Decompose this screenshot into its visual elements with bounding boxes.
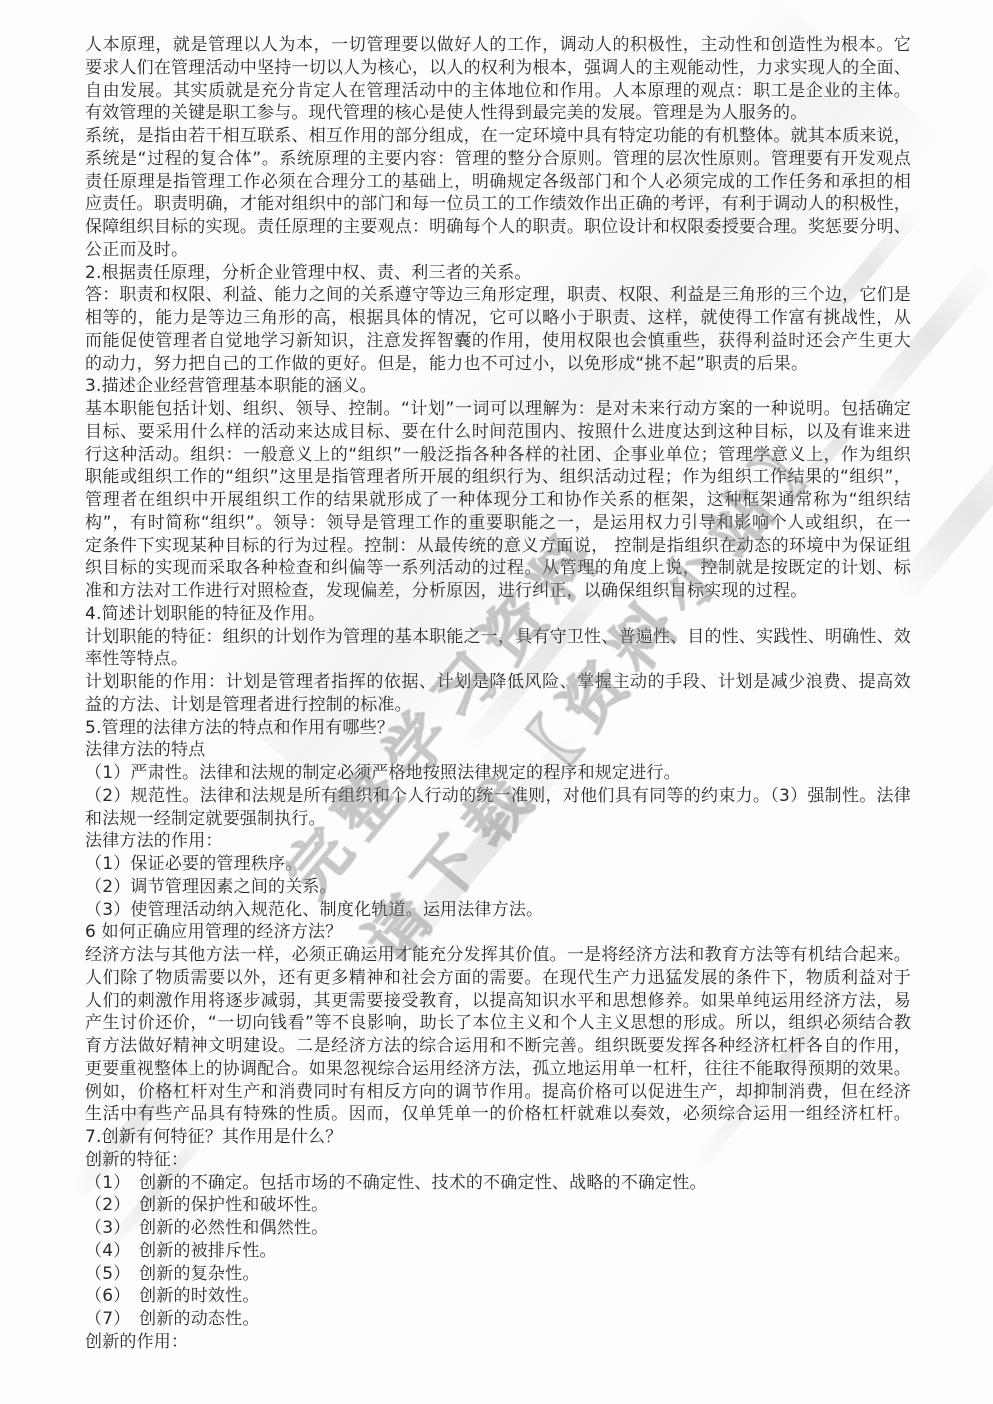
page: 完整学习资料 请下载【资料小站】 人本原理，就是管理以人为本，一切管理要以做好人…: [0, 0, 993, 1404]
text-line: 产生讨价还价，“一切向钱看”等不良影响，助长了本位主义和个人主义思想的形成。所以…: [85, 1012, 911, 1035]
text-line: 管理者在组织中开展组织工作的结果就形成了一种体现分工和协作关系的框架，这种框架通…: [85, 489, 911, 512]
text-line: 而能促使管理者自觉地学习新知识，注意发挥智囊的作用，使用权限也会慎重些，获得利益…: [85, 330, 911, 353]
text-line: （1） 创新的不确定。包括市场的不确定性、技术的不确定性、战略的不确定性。: [85, 1172, 911, 1195]
text-line: 目标、要采用什么样的活动来达成目标、要在什么时间范围内、按照什么进度达到这种目标…: [85, 421, 911, 444]
text-line: （7） 创新的动态性。: [85, 1308, 911, 1331]
document-content: 人本原理，就是管理以人为本，一切管理要以做好人的工作，调动人的积极性，主动性和创…: [85, 34, 911, 1354]
text-line: 人们除了物质需要以外，还有更多精神和社会方面的需要。在现代生产力迅猛发展的条件下…: [85, 967, 911, 990]
text-line: 经济方法与其他方法一样，必须正确运用才能充分发挥其价值。一是将经济方法和教育方法…: [85, 944, 911, 967]
text-line: 2.根据责任原理，分析企业管理中权、责、利三者的关系。: [85, 262, 911, 285]
text-line: 育方法做好精神文明建设。二是经济方法的综合运用和不断完善。组织既要发挥各种经济杠…: [85, 1035, 911, 1058]
text-line: （3） 创新的必然性和偶然性。: [85, 1217, 911, 1240]
text-line: 3.描述企业经营管理基本职能的涵义。: [85, 375, 911, 398]
text-line: 更要重视整体上的协调配合。如果忽视综合运用经济方法，孤立地运用单一杠杆，往往不能…: [85, 1058, 911, 1081]
text-line: 4.简述计划职能的特征及作用。: [85, 603, 911, 626]
text-line: 行这种活动。组织：一般意义上的“组织”一般泛指各种各样的社团、企事业单位；管理学…: [85, 444, 911, 467]
text-line: （6） 创新的时效性。: [85, 1285, 911, 1308]
text-line: 生活中有些产品具有特殊的性质。因而，仅单凭单一的价格杠杆就难以奏效，必须综合运用…: [85, 1103, 911, 1126]
text-line: 答：职责和权限、利益、能力之间的关系遵守等边三角形定理，职责、权限、利益是三角形…: [85, 284, 911, 307]
text-line: 计划职能的作用：计划是管理者指挥的依据、计划是降低风险、掌握主动的手段、计划是减…: [85, 671, 911, 694]
text-line: 基本职能包括计划、组织、领导、控制。“计划”一词可以理解为：是对未来行动方案的一…: [85, 398, 911, 421]
text-line: 定条件下实现某种目标的行为过程。控制：从最传统的意义方面说， 控制是指组织在动态…: [85, 535, 911, 558]
text-line: 有效管理的关键是职工参与。现代管理的核心是使人性得到最完美的发展。管理是为人服务…: [85, 102, 911, 125]
text-line: 的动力，努力把自己的工作做的更好。但是，能力也不可过小，以免形成“挑不起”职责的…: [85, 353, 911, 376]
text-line: （2）规范性。法律和法规是所有组织和个人行动的统一准则，对他们具有同等的约束力。…: [85, 785, 911, 808]
text-line: 例如，价格杠杆对生产和消费同时有相反方向的调节作用。提高价格可以促进生产，却抑制…: [85, 1081, 911, 1104]
text-line: 5.管理的法律方法的特点和作用有哪些？: [85, 717, 911, 740]
text-line: 系统，是指由若干相互联系、相互作用的部分组成，在一定环境中具有特定功能的有机整体…: [85, 125, 911, 148]
text-line: 织目标的实现而采取各种检查和纠偏等一系列活动的过程。从管理的角度上说，控制就是按…: [85, 557, 911, 580]
text-line: （3）使管理活动纳入规范化、制度化轨道。运用法律方法。: [85, 899, 911, 922]
text-line: 相等的，能力是等边三角形的高，根据具体的情况，它可以略小于职责、这样，就使得工作…: [85, 307, 911, 330]
text-line: 构”，有时简称“组织”。领导：领导是管理工作的重要职能之一，是运用权力引导和影响…: [85, 512, 911, 535]
text-line: 率性等特点。: [85, 648, 911, 671]
text-line: 责任原理是指管理工作必须在合理分工的基础上，明确规定各级部门和个人必须完成的工作…: [85, 171, 911, 194]
text-line: （1）严肃性。法律和法规的制定必须严格地按照法律规定的程序和规定进行。: [85, 762, 911, 785]
text-line: 和法规一经制定就要强制执行。: [85, 808, 911, 831]
text-line: 创新的作用：: [85, 1331, 911, 1354]
text-line: （4） 创新的被排斥性。: [85, 1240, 911, 1263]
text-line: 创新的特征：: [85, 1149, 911, 1172]
text-line: 保障组织目标的实现。责任原理的主要观点：明确每个人的职责。职位设计和权限委授要合…: [85, 216, 911, 239]
text-line: 要求人们在管理活动中坚持一切以人为核心，以人的权利为根本，强调人的主观能动性，力…: [85, 57, 911, 80]
text-line: （5） 创新的复杂性。: [85, 1263, 911, 1286]
text-line: 准和方法对工作进行对照检查，发现偏差，分析原因，进行纠正，以确保组织目标实现的过…: [85, 580, 911, 603]
text-line: 计划职能的特征：组织的计划作为管理的基本职能之一，具有守卫性、普遍性、目的性、实…: [85, 626, 911, 649]
text-line: 法律方法的特点: [85, 739, 911, 762]
text-line: （1）保证必要的管理秩序。: [85, 853, 911, 876]
text-line: 系统是“过程的复合体”。系统原理的主要内容：管理的整分合原则。管理的层次性原则。…: [85, 148, 911, 171]
text-line: 人本原理，就是管理以人为本，一切管理要以做好人的工作，调动人的积极性，主动性和创…: [85, 34, 911, 57]
text-line: 益的方法、计划是管理者进行控制的标准。: [85, 694, 911, 717]
text-line: 自由发展。其实质就是充分肯定人在管理活动中的主体地位和作用。人本原理的观点：职工…: [85, 80, 911, 103]
text-line: 公正而及时。: [85, 239, 911, 262]
text-line: 职能或组织工作的“组织”这里是指管理者所开展的组织行为、组织活动过程；作为组织工…: [85, 466, 911, 489]
text-line: 6 如何正确应用管理的经济方法？: [85, 921, 911, 944]
text-line: 应责任。职责明确，才能对组织中的部门和每一位员工的工作绩效作出正确的考评，有利于…: [85, 193, 911, 216]
text-line: 7.创新有何特征？其作用是什么？: [85, 1126, 911, 1149]
text-line: 法律方法的作用：: [85, 830, 911, 853]
text-line: 人们的刺激作用将逐步减弱，其更需要接受教育，以提高知识水平和思想修养。如果单纯运…: [85, 990, 911, 1013]
text-line: （2） 创新的保护性和破坏性。: [85, 1194, 911, 1217]
text-line: （2）调节管理因素之间的关系。: [85, 876, 911, 899]
